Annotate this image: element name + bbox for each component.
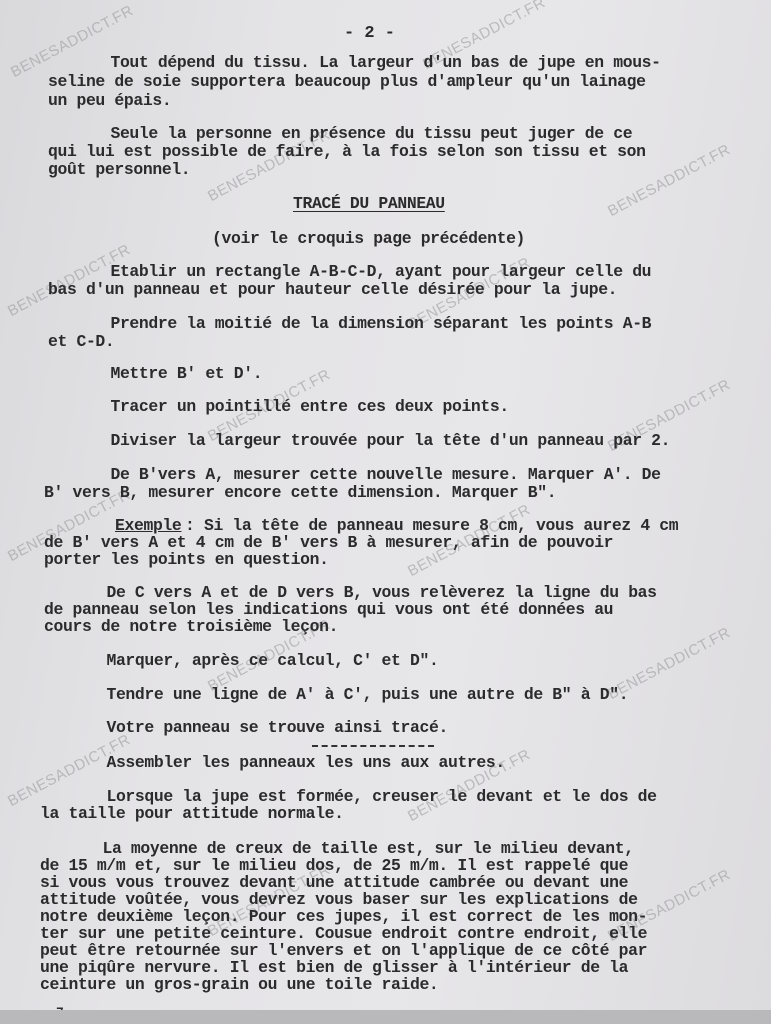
paragraph-line: Tendre une ligne de A' à C', puis une au… [78, 686, 628, 704]
paragraph-line: Tracer un pointillé entre ces deux point… [82, 398, 509, 416]
paragraph-line: Marquer, après ce calcul, C' et D". [78, 652, 438, 670]
paragraph-line: Mettre B' et D'. [82, 365, 262, 383]
paragraph-line: un peu épais. [48, 92, 171, 110]
page-edge [0, 1010, 771, 1024]
separator-line [312, 745, 434, 747]
page-number: - 2 - [344, 24, 395, 43]
paragraph-line: goût personnel. [48, 161, 190, 179]
section-heading: TRACÉ DU PANNEAU [293, 195, 445, 213]
paragraph-line: B' vers B, mesurer encore cette dimensio… [44, 484, 556, 502]
paragraph-line: ceinture un gros-grain ou une toile raid… [40, 976, 438, 994]
paragraph-line: De B'vers A, mesurer cette nouvelle mesu… [82, 466, 661, 484]
paragraph-line: Diviser la largeur trouvée pour la tête … [82, 432, 670, 450]
paragraph-line: seline de soie supportera beaucoup plus … [48, 73, 646, 91]
paragraph-line: Seule la personne en présence du tissu p… [82, 125, 632, 143]
section-subheading: (voir le croquis page précédente) [212, 230, 525, 248]
paragraph-line: Etablir un rectangle A-B-C-D, ayant pour… [82, 263, 651, 281]
paragraph-line: Tout dépend du tissu. La largeur d'un ba… [82, 54, 661, 72]
paragraph-line: Votre panneau se trouve ainsi tracé. [78, 719, 448, 737]
paragraph-line: qui lui est possible de faire, à la fois… [48, 143, 646, 161]
paragraph-line: la taille pour attitude normale. [40, 805, 344, 823]
document-page: BENESADDICT.FR BENESADDICT.FR BENESADDIC… [0, 0, 771, 1024]
paragraph-line: et C-D. [48, 333, 114, 351]
paragraph-line: bas d'un panneau et pour hauteur celle d… [48, 281, 617, 299]
paragraph-line: cours de notre troisième leçon. [44, 618, 338, 636]
paragraph-line: Assembler les panneaux les uns aux autre… [78, 754, 505, 772]
paragraph-line: Prendre la moitié de la dimension sépara… [82, 315, 651, 333]
paragraph-line: porter les points en question. [44, 551, 329, 569]
